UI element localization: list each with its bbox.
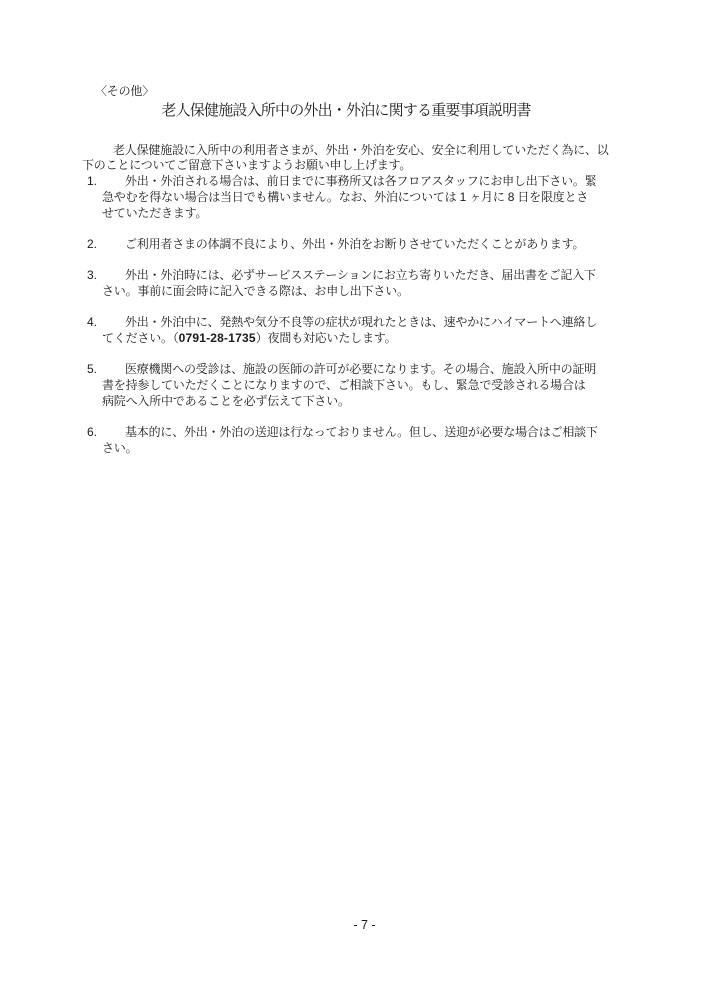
item-line: 病院へ入所中であることを必ず伝えて下さい。	[102, 394, 622, 410]
document-page: 〈その他〉 老人保健施設入所中の外出・外泊に関する重要事項説明書 老人保健施設に…	[0, 0, 707, 1000]
item-line: さい。	[102, 441, 622, 457]
item-line: 急やむを得ない場合は当日でも構いません。なお、外泊については 1 ヶ月に 8 日…	[102, 190, 622, 206]
item-number: 3.	[87, 268, 97, 284]
item-number: 1.	[87, 174, 97, 190]
item-line: せていただきます。	[102, 206, 622, 222]
item-line-with-phone: てください。（0791-28-1735）夜間も対応いたします。	[102, 331, 622, 347]
list-item-3: 3. 外出・外泊時には、必ずサービスステーションにお立ち寄りいただき、届出書をご…	[82, 268, 622, 299]
item-number: 6.	[87, 425, 97, 441]
item-number: 2.	[87, 237, 97, 253]
item-line: 医療機関への受診は、施設の医師の許可が必要になります。その場合、施設入所中の証明	[102, 362, 622, 378]
item-number: 4.	[87, 315, 97, 331]
intro-line: 下のことについてご留意下さいますようお願い申し上げます。	[82, 158, 622, 174]
list-item-5: 5. 医療機関への受診は、施設の医師の許可が必要になります。その場合、施設入所中…	[82, 362, 622, 409]
intro-line: 老人保健施設に入所中の利用者さまが、外出・外泊を安心、安全に利用していただく為に…	[82, 143, 622, 159]
phone-line-pre: てください。（	[102, 331, 179, 345]
item-line: 書を持参していただくことになりますので、ご相談下さい。もし、緊急で受診される場合…	[102, 378, 622, 394]
item-line: 外出・外泊時には、必ずサービスステーションにお立ち寄りいただき、届出書をご記入下	[102, 268, 622, 284]
list-item-1: 1. 外出・外泊される場合は、前日までに事務所又は各フロアスタッフにお申し出下さ…	[82, 174, 622, 221]
intro-paragraph: 老人保健施設に入所中の利用者さまが、外出・外泊を安心、安全に利用していただく為に…	[82, 143, 622, 174]
page-number: - 7 -	[0, 918, 707, 934]
document-title: 老人保健施設入所中の外出・外泊に関する重要事項説明書	[82, 101, 610, 121]
document-content: 〈その他〉 老人保健施設入所中の外出・外泊に関する重要事項説明書 老人保健施設に…	[82, 84, 622, 457]
item-line: さい。事前に面会時に記入できる際は、お申し出下さい。	[102, 284, 622, 300]
item-line: 基本的に、外出・外泊の送迎は行なっておりません。但し、送迎が必要な場合はご相談下	[102, 425, 622, 441]
list-item-2: 2. ご利用者さまの体調不良により、外出・外泊をお断りさせていただくことがありま…	[82, 237, 622, 253]
item-line: 外出・外泊される場合は、前日までに事務所又は各フロアスタッフにお申し出下さい。緊	[102, 174, 622, 190]
list-item-4: 4. 外出・外泊中に、発熱や気分不良等の症状が現れたときは、速やかにハイマートへ…	[82, 315, 622, 346]
list-item-6: 6. 基本的に、外出・外泊の送迎は行なっておりません。但し、送迎が必要な場合はご…	[82, 425, 622, 456]
numbered-list: 1. 外出・外泊される場合は、前日までに事務所又は各フロアスタッフにお申し出下さ…	[82, 174, 622, 457]
section-label: 〈その他〉	[95, 84, 622, 100]
item-line: ご利用者さまの体調不良により、外出・外泊をお断りさせていただくことがあります。	[102, 237, 622, 253]
phone-number: 0791-28-1735	[179, 331, 256, 345]
item-number: 5.	[87, 362, 97, 378]
item-line: 外出・外泊中に、発熱や気分不良等の症状が現れたときは、速やかにハイマートへ連絡し	[102, 315, 622, 331]
phone-line-post: ）夜間も対応いたします。	[256, 331, 397, 345]
